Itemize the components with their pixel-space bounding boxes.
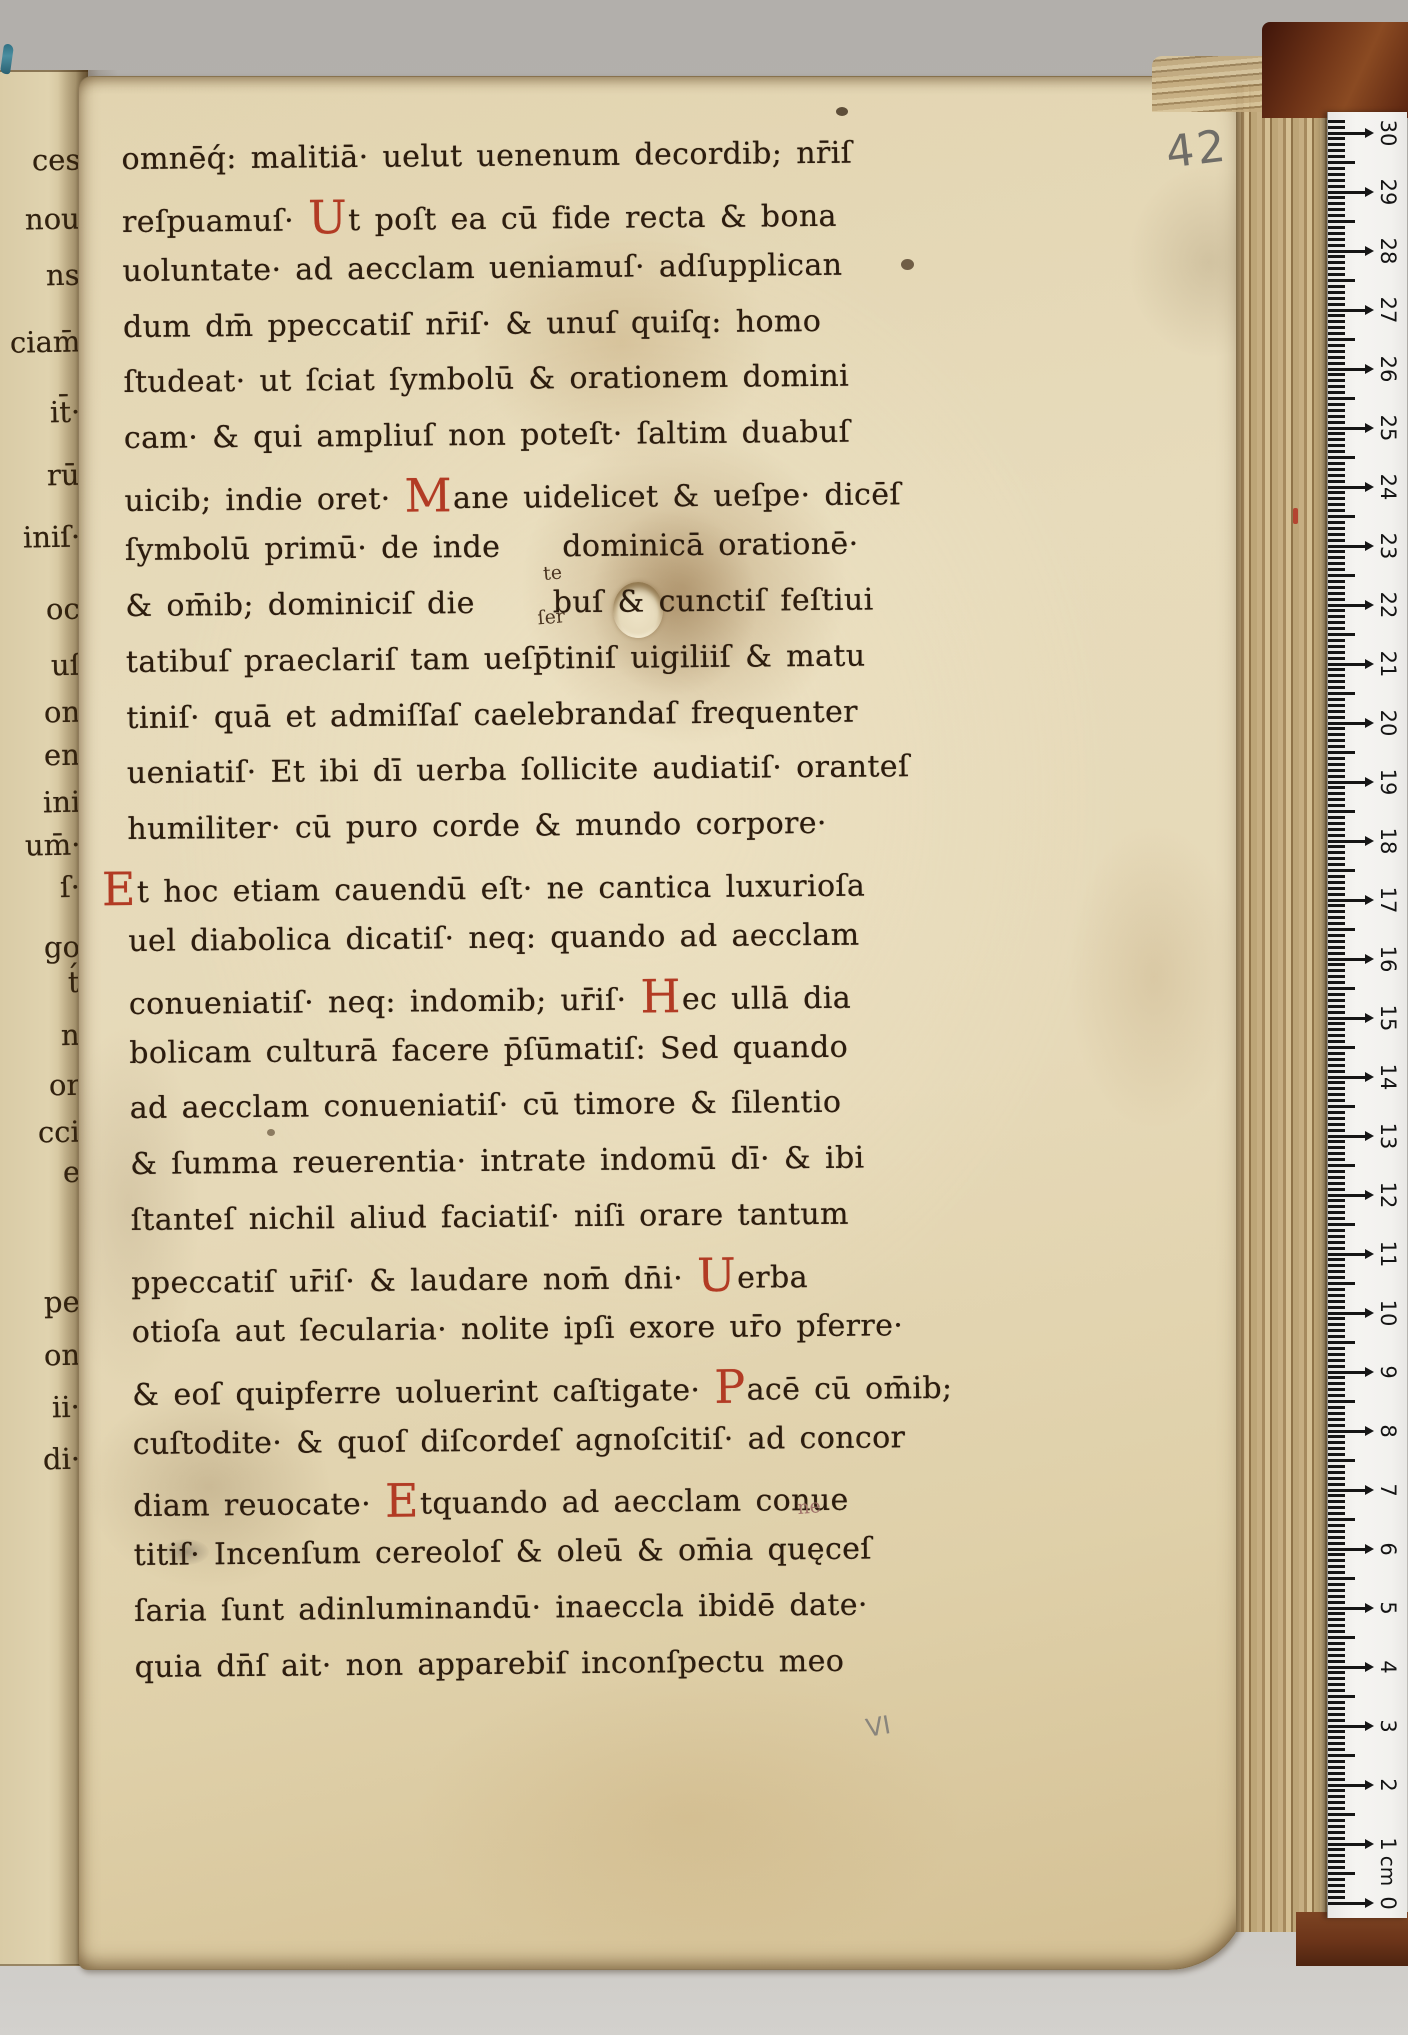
ruler-cm-tick [1328,1371,1366,1374]
ruler-tick [1328,1388,1345,1391]
text-line: dum dm̄ ppeccatiſ nr̄iſ· & unuſ quiſq: h… [123,293,822,355]
ruler-number: 20 [1376,707,1400,739]
text-segment: dominicā orationē· [562,527,859,565]
ruler-tick-arrow [1365,1721,1374,1731]
ruler-tick-arrow [1365,1839,1374,1849]
ruler-tick [1328,934,1345,937]
ruler-tick [1328,1866,1345,1869]
ruler-number: 25 [1376,412,1400,444]
ruler-tick [1328,397,1355,400]
ruler: 0123456789101112131415161718192021222324… [1327,112,1407,1918]
ruler-tick [1328,1424,1345,1427]
ruler-tick [1328,828,1345,831]
ruler-tick [1328,155,1345,158]
ruler-tick [1328,1671,1345,1674]
text-segment: ueniatiſ· Et ibi dī uerba ſollicite audi… [127,750,910,792]
text-line: & eoſ quipferre uoluerint caſtigate· Pac… [132,1354,953,1417]
ruler-tick [1328,362,1345,365]
ruler-cm-tick [1328,368,1366,371]
text-line: ſaria ſunt adinluminandū· inaeccla ibidē… [134,1578,868,1640]
text-line: uoluntate· ad aecclam ueniamuſ· adſuppli… [122,237,842,299]
text-segment: humiliter· cū puro corde & mundo corpore… [127,806,827,847]
ruler-tick [1328,432,1345,435]
ruler-tick [1328,491,1345,494]
ruler-tick [1328,1459,1355,1462]
ruler-tick [1328,1282,1355,1285]
ruler-tick [1328,786,1345,789]
ruler-cm-tick [1328,722,1366,725]
ruler-tick [1328,261,1345,264]
rubric-initial: P [714,1359,746,1413]
ruler-tick [1328,1288,1345,1291]
ruler-number: 30 [1376,117,1400,149]
text-segment: & ſumma reuerentia· intrate indomū dī· &… [130,1141,865,1182]
ruler-tick [1328,668,1345,671]
ruler-tick [1328,421,1345,424]
rubric-initial: U [697,1248,737,1302]
ruler-tick [1328,1117,1345,1120]
ruler-tick [1328,1129,1345,1132]
text-line: & ſumma reuerentia· intrate indomū dī· &… [130,1131,865,1193]
ruler-cm-tick [1328,1430,1366,1433]
ruler-tick [1328,1453,1345,1456]
ruler-cm-tick [1328,958,1366,961]
ruler-tick-arrow [1365,1367,1374,1377]
ruler-tick [1328,1058,1345,1061]
text-segment: tatibuſ praeclariſ tam ueſp̄tiniſ uigili… [126,638,866,679]
bottom-pencil-mark: VI [864,1710,893,1743]
ruler-tick [1328,1258,1345,1261]
ruler-tick [1328,881,1345,884]
ruler-tick [1328,981,1345,984]
ruler-tick [1328,1447,1345,1450]
ruler-number: 23 [1376,530,1400,562]
text-line: ppeccatiſ ur̄iſ· & laudare nom̄ dn̄i· Ue… [131,1243,808,1305]
ruler-tick [1328,1813,1355,1816]
ruler-cm-tick [1328,1135,1366,1138]
text-line: humiliter· cū puro corde & mundo corpore… [127,796,827,858]
ruler-tick [1328,214,1345,217]
ruler-tick [1328,1583,1345,1586]
ruler-tick [1328,1542,1345,1545]
ruler-tick [1328,1530,1345,1533]
ruler-number: 7 [1376,1474,1400,1506]
ruler-tick [1328,1494,1345,1497]
ruler-tick [1328,1506,1345,1509]
ruler-tick [1328,1247,1345,1250]
hole-gap [500,555,562,557]
ruler-tick [1328,1612,1345,1615]
ruler-tick [1328,769,1345,772]
ruler-tick [1328,1341,1355,1344]
ruler-tick-arrow [1365,305,1374,315]
text-segment: uoluntate· ad aecclam ueniamuſ· adſuppli… [122,247,842,288]
ruler-cm-tick [1328,1312,1366,1315]
ruler-tick [1328,975,1345,978]
ruler-tick [1328,1630,1345,1633]
ruler-cm-tick [1328,250,1366,253]
ruler-tick [1328,244,1345,247]
text-line: cam· & qui ampliuſ non poteſt· ſaltim du… [124,405,851,467]
ruler-tick [1328,326,1345,329]
ruler-tick [1328,338,1355,341]
rubric-initial: H [640,969,681,1023]
ruler-tick [1328,533,1345,536]
ruler-tick [1328,674,1345,677]
ruler-tick [1328,1831,1345,1834]
ruler-tick [1328,1748,1345,1751]
ruler-tick-arrow [1365,836,1374,846]
text-line: uel diabolica dicatiſ· neq: quando ad ae… [128,908,860,970]
ruler-tick [1328,468,1345,471]
ruler-tick [1328,1435,1345,1438]
ruler-tick [1328,1123,1345,1126]
text-segment: acē cū om̄ib; [746,1371,952,1408]
ruler-tick-arrow [1365,541,1374,551]
ruler-tick-arrow [1365,1013,1374,1023]
ruler-tick [1328,869,1355,872]
text-segment: conueniatiſ· neq: indomib; ur̄iſ· [129,982,641,1021]
ruler-tick [1328,804,1345,807]
ruler-tick [1328,1400,1355,1403]
text-line: quia dn̄ſ ait· non apparebiſ inconſpectu… [134,1634,844,1696]
ruler-cm-tick [1328,1784,1366,1787]
ruler-tick [1328,1323,1345,1326]
text-line: otioſa aut ſecularia· nolite ipſi exore … [132,1298,904,1361]
text-segment: otioſa aut ſecularia· nolite ipſi exore … [132,1308,904,1350]
ruler-tick [1328,1571,1345,1574]
text-segment: diam reuocate· [133,1487,385,1524]
ruler-tick [1328,1695,1355,1698]
ruler-tick [1328,474,1345,477]
ruler-number: 16 [1376,943,1400,975]
ruler-tick [1328,126,1345,129]
ruler-tick [1328,149,1345,152]
ruler-tick [1328,1329,1345,1332]
text-line: diam reuocate· Etquando ad aecclam conue [133,1466,849,1528]
ruler-cm-tick [1328,1253,1366,1256]
text-line: ſtanteſ nichil aliud faciatiſ· niſi orar… [131,1187,850,1249]
ruler-tick [1328,379,1345,382]
leather-cover-bottom-right [1296,1912,1408,1966]
ruler-tick [1328,680,1345,683]
ruler-number: 21 [1376,648,1400,680]
ruler-tick [1328,273,1345,276]
ruler-tick [1328,1264,1345,1267]
ruler-tick [1328,1601,1345,1604]
ruler-tick-arrow [1365,1072,1374,1082]
ruler-cm-tick [1328,427,1366,430]
ruler-tick-arrow [1365,128,1374,138]
ruler-tick [1328,385,1345,388]
ruler-tick [1328,1483,1345,1486]
ruler-tick [1328,751,1355,754]
ruler-tick [1328,1754,1355,1757]
text-segment: ec ullā dia [682,980,851,1016]
rubric-initial: U [308,190,348,244]
ruler-tick [1328,1654,1345,1657]
ruler-tick [1328,1660,1345,1663]
ruler-tick [1328,798,1345,801]
ruler-tick [1328,450,1345,453]
ruler-tick [1328,999,1345,1002]
ruler-number: 24 [1376,471,1400,503]
text-segment: uicib; indie oret· [124,482,404,519]
ruler-tick [1328,704,1345,707]
ruler-tick [1328,1064,1345,1067]
ruler-tick [1328,220,1355,223]
ruler-tick [1328,816,1345,819]
ruler-tick [1328,1524,1345,1527]
page-fore-edges [1236,84,1334,1932]
ruler-tick [1328,1211,1345,1214]
ruler-tick-arrow [1365,423,1374,433]
ruler-tick [1328,1176,1345,1179]
ruler-tick [1328,1595,1345,1598]
text-segment: ad aecclam conueniatiſ· cū timore & ſile… [130,1085,842,1126]
ruler-tick [1328,403,1345,406]
ruler-tick [1328,1878,1345,1881]
ruler-cm-tick [1328,899,1366,902]
ruler-tick [1328,627,1345,630]
text-segment: cuſtodite· & quoſ diſcordeſ agnoſcitiſ· … [133,1420,906,1462]
ruler-tick [1328,1022,1345,1025]
text-segment: reſpuamuſ· [122,203,308,240]
ruler-tick [1328,1317,1345,1320]
ruler-tick [1328,1577,1355,1580]
ruler-number: 12 [1376,1179,1400,1211]
ruler-tick [1328,1365,1345,1368]
text-segment: tiniſ· quā et admiſſaſ caelebrandaſ freq… [126,694,858,735]
ruler-number: 28 [1376,235,1400,267]
ruler-tick [1328,586,1345,589]
ruler-tick [1328,291,1345,294]
ruler-tick [1328,568,1345,571]
ruler-tick [1328,185,1345,188]
ruler-tick [1328,692,1355,695]
ruler-tick [1328,1713,1345,1716]
ruler-tick [1328,1034,1345,1037]
ruler-tick [1328,167,1345,170]
ruler-number: 11 [1376,1238,1400,1270]
ruler-tick [1328,822,1345,825]
ruler-tick [1328,580,1345,583]
ruler-tick [1328,1801,1345,1804]
ruler-tick [1328,1158,1345,1161]
ruler-cm-tick [1328,1902,1366,1905]
ruler-tick [1328,763,1345,766]
interlinear-correction: ne [796,1495,821,1519]
ruler-tick [1328,480,1345,483]
ruler-tick-arrow [1365,1485,1374,1495]
text-segment: tquando ad aecclam conue [420,1483,849,1522]
leather-cover-top-right [1262,22,1408,118]
ruler-tick [1328,521,1345,524]
ruler-tick [1328,503,1345,506]
ruler-cm-tick [1328,309,1366,312]
ruler-tick-arrow [1365,1131,1374,1141]
ruler-cm-tick [1328,840,1366,843]
ruler-tick [1328,1394,1345,1397]
ruler-cm-tick [1328,1076,1366,1079]
rubric-initial: E [385,1474,419,1528]
ruler-tick [1328,1146,1345,1149]
ruler-tick [1328,1896,1345,1899]
ruler-cm-tick [1328,1666,1366,1669]
ruler-tick [1328,863,1345,866]
ruler-cm-tick [1328,1489,1366,1492]
ruler-unit-label: cm [1376,1855,1400,1887]
text-segment: quia dn̄ſ ait· non apparebiſ inconſpectu… [135,1644,845,1685]
text-segment: omnēq́: malitiā· uelut uenenum decordib;… [121,136,852,177]
ruler-tick [1328,143,1345,146]
ruler-cm-tick [1328,781,1366,784]
ruler-tick [1328,415,1345,418]
ruler-tick [1328,1760,1345,1763]
ruler-tick [1328,651,1345,654]
ruler-tick-arrow [1365,246,1374,256]
ruler-tick [1328,928,1355,931]
ruler-cm-tick [1328,663,1366,666]
text-segment: t poſt ea cū fide recta & bona [348,199,837,238]
ruler-tick [1328,1778,1345,1781]
ruler-tick [1328,444,1345,447]
ruler-tick [1328,1294,1345,1297]
ruler-tick [1328,1081,1345,1084]
ruler-tick-arrow [1365,364,1374,374]
ruler-tick [1328,255,1345,258]
ruler-tick [1328,320,1345,323]
ruler-tick [1328,1164,1355,1167]
ruler-tick [1328,1300,1345,1303]
ruler-tick [1328,1624,1345,1627]
ruler-tick [1328,456,1355,459]
ruler-tick [1328,875,1345,878]
text-segment: ſtudeat· ut ſciat ſymbolū & orationem do… [123,359,849,400]
ruler-tick [1328,515,1355,518]
text-line: omnēq́: malitiā· uelut uenenum decordib;… [121,126,852,188]
text-line: tiniſ· quā et admiſſaſ caelebrandaſ freq… [126,684,858,746]
ruler-tick [1328,710,1345,713]
folio-number-pencil: 42 [1163,120,1231,178]
ruler-tick [1328,391,1345,394]
ruler-tick [1328,1140,1345,1143]
ruler-tick [1328,940,1345,943]
ruler-tick [1328,810,1355,813]
ruler-tick [1328,952,1345,955]
ruler-tick [1328,1742,1345,1745]
ruler-tick [1328,1099,1345,1102]
ruler-tick [1328,1553,1345,1556]
ruler-tick [1328,1412,1345,1415]
text-segment: erba [737,1260,808,1296]
ruler-tick [1328,267,1345,270]
ruler-tick [1328,161,1355,164]
ruler-tick-arrow [1365,1308,1374,1318]
ruler-tick [1328,657,1345,660]
ruler-tick [1328,1028,1345,1031]
ruler-tick [1328,775,1345,778]
ruler-number: 5 [1376,1592,1400,1624]
ruler-tick-arrow [1365,1544,1374,1554]
ruler-tick [1328,208,1345,211]
ruler-tick [1328,1046,1355,1049]
ruler-tick [1328,946,1345,949]
ruler-tick [1328,1677,1345,1680]
ruler-tick-arrow [1365,659,1374,669]
ruler-tick [1328,332,1345,335]
ruler-tick [1328,1789,1345,1792]
ruler-tick [1328,462,1345,465]
ruler-number: 0 [1376,1887,1400,1918]
ruler-tick [1328,497,1345,500]
ruler-cm-tick [1328,1843,1366,1846]
ruler-tick [1328,851,1345,854]
interlinear-correction: ſer [537,605,566,629]
ruler-cm-tick [1328,132,1366,135]
ruler-tick [1328,1093,1345,1096]
ruler-tick [1328,1642,1345,1645]
ruler-tick [1328,1795,1345,1798]
ruler-tick [1328,1359,1345,1362]
ruler-number: 9 [1376,1356,1400,1388]
ruler-tick-arrow [1365,1780,1374,1790]
ruler-number: 18 [1376,825,1400,857]
ruler-tick [1328,1730,1345,1733]
ruler-number: 17 [1376,884,1400,916]
rubric-initial: E [102,862,136,916]
ruler-cm-tick [1328,1548,1366,1551]
interlinear-correction: te [542,562,563,585]
ruler-number: 14 [1376,1061,1400,1093]
text-segment: ſtanteſ nichil aliud faciatiſ· niſi orar… [131,1197,849,1238]
text-segment: ſaria ſunt adinluminandū· inaeccla ibidē… [134,1588,868,1629]
text-line: tatibuſ praeclariſ tam ueſp̄tiniſ uigili… [126,628,866,690]
text-line: ueniatiſ· Et ibi dī uerba ſollicite audi… [127,740,910,803]
ruler-number: 22 [1376,589,1400,621]
ruler-tick [1328,1306,1345,1309]
ruler-tick [1328,1418,1345,1421]
ruler-tick [1328,1807,1345,1810]
ruler-tick [1328,987,1355,990]
ruler-tick-arrow [1365,895,1374,905]
ruler-cm-tick [1328,191,1366,194]
text-line: & om̄ib; dominiciſ diebuſ & cunctiſ feſt… [125,572,874,635]
ruler-tick [1328,1347,1345,1350]
ruler-tick [1328,509,1345,512]
text-line: reſpuamuſ· Ut poſt ea cū fide recta & bo… [122,182,837,244]
text-segment: bolicam culturā facere p̄ſūmatiſ: Sed qu… [129,1029,848,1070]
ruler-number: 2 [1376,1769,1400,1801]
ruler-tick-arrow [1365,777,1374,787]
ruler-tick [1328,1819,1345,1822]
ruler-tick [1328,1471,1345,1474]
ruler-tick [1328,1011,1345,1014]
ruler-tick [1328,550,1345,553]
ruler-tick [1328,1500,1345,1503]
ruler-tick [1328,1241,1345,1244]
ruler-number: 29 [1376,176,1400,208]
text-line: conueniatiſ· neq: indomib; ur̄iſ· Hec ul… [129,963,852,1025]
ruler-tick [1328,196,1345,199]
fore-edge-red-mark [1293,508,1298,524]
ruler-tick [1328,1335,1345,1338]
ruler-tick [1328,609,1345,612]
ruler-tick [1328,1736,1345,1739]
text-segment: buſ & cunctiſ feſtiui [553,582,874,620]
text-segment: ſymbolū primū· de inde [125,530,501,568]
text-block: omnēq́: malitiā· uelut uenenum decordib;… [0,0,1408,2035]
